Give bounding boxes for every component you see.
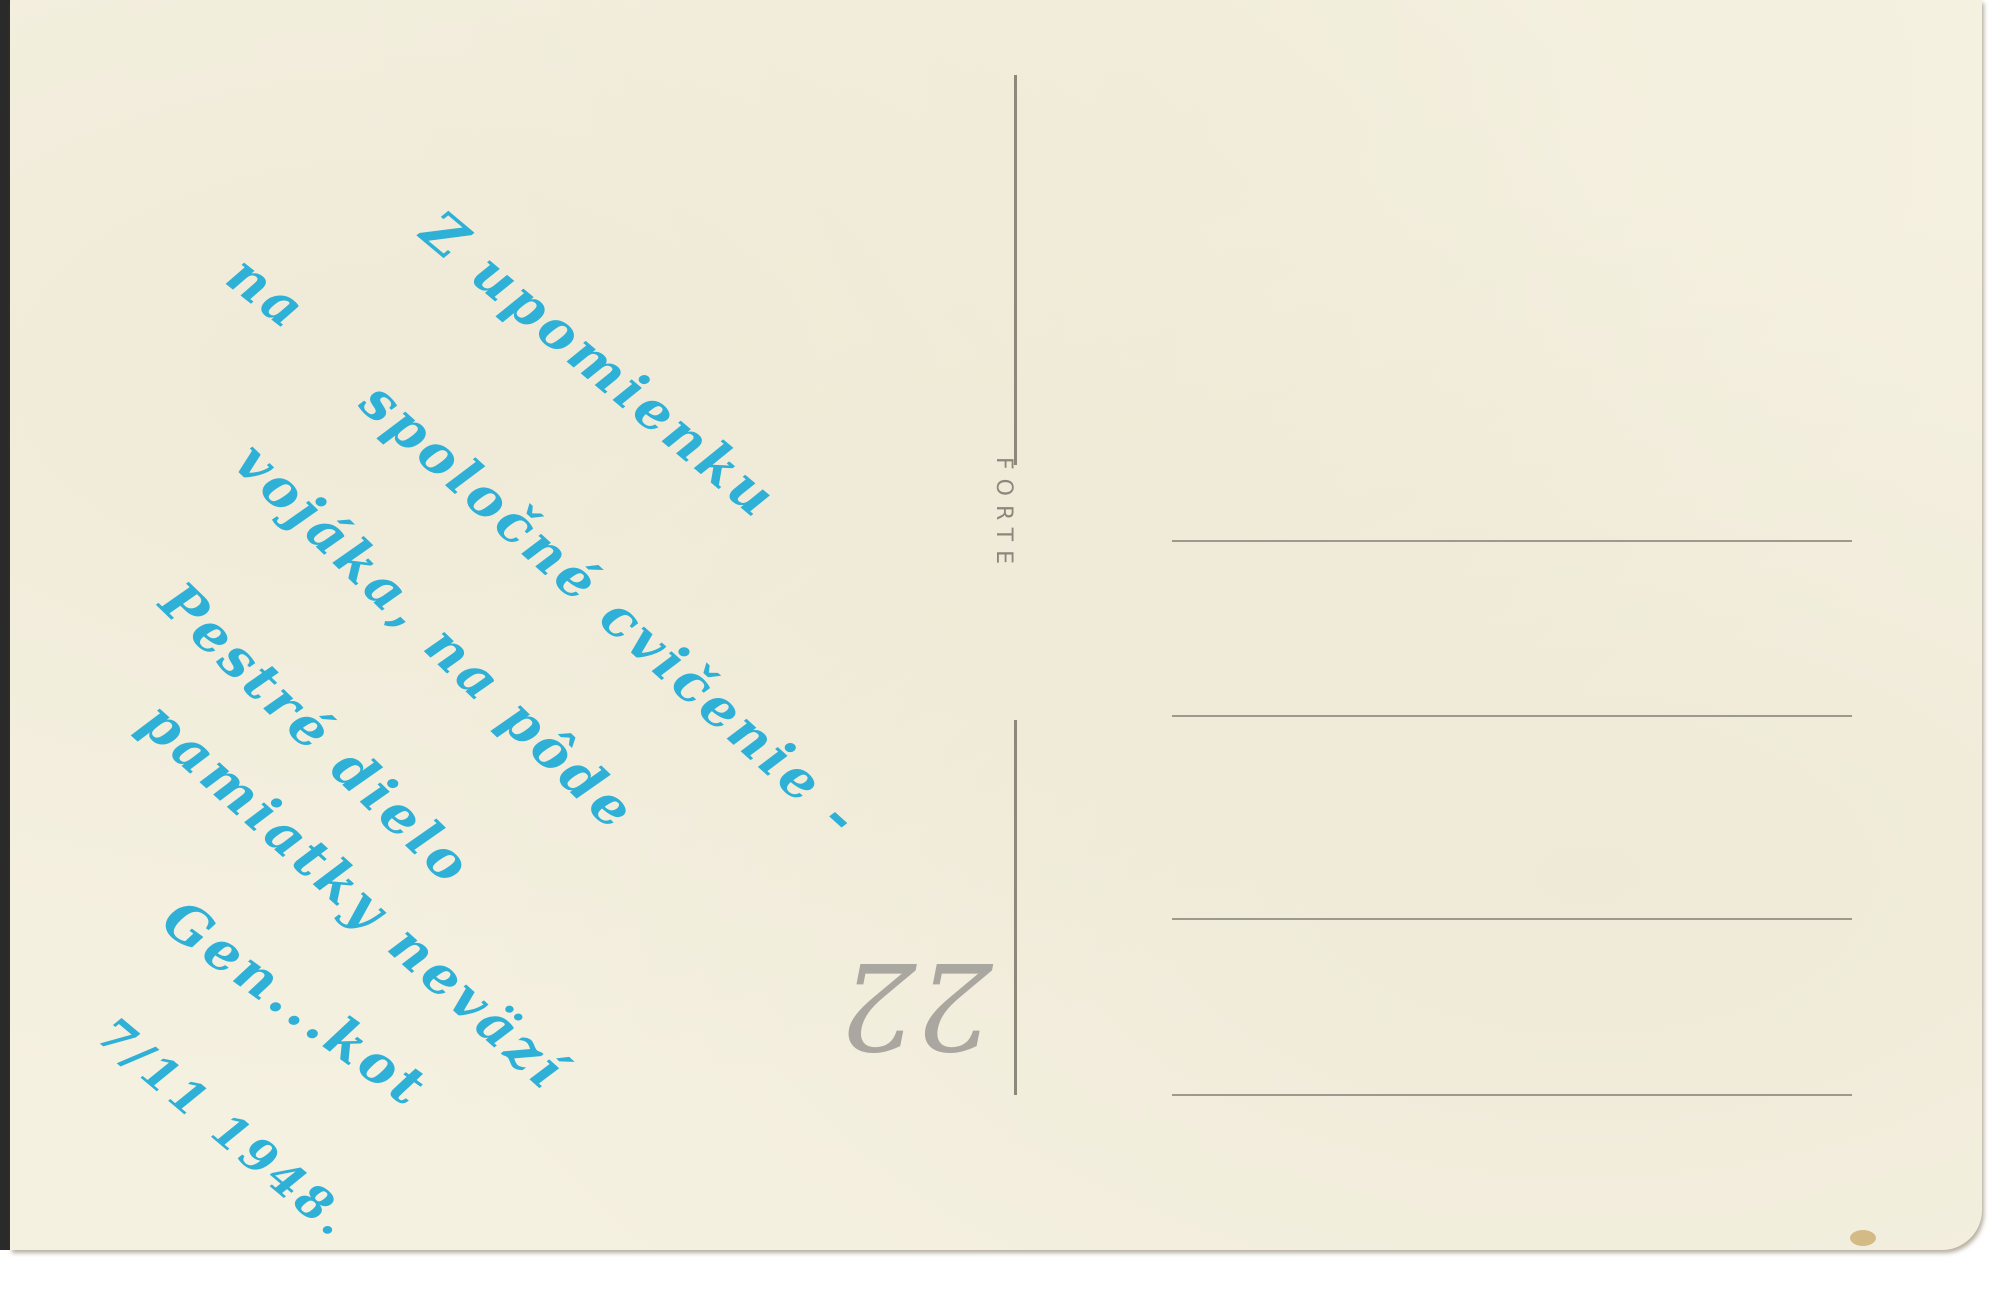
scan-edge [0, 0, 10, 1250]
postcard-back: FORTE Z upomienku na spoločné cvičenie -… [10, 0, 1982, 1250]
address-line-4 [1172, 1094, 1852, 1096]
forte-imprint: FORTE [991, 457, 1016, 573]
address-line-1 [1172, 540, 1852, 542]
center-divider-top [1014, 75, 1017, 465]
center-divider-bottom [1014, 720, 1017, 1095]
address-line-3 [1172, 918, 1852, 920]
pencil-number: 22 [840, 935, 993, 1074]
stain-mark [1850, 1230, 1876, 1246]
handwritten-line-2: na [215, 242, 319, 343]
address-line-2 [1172, 715, 1852, 717]
